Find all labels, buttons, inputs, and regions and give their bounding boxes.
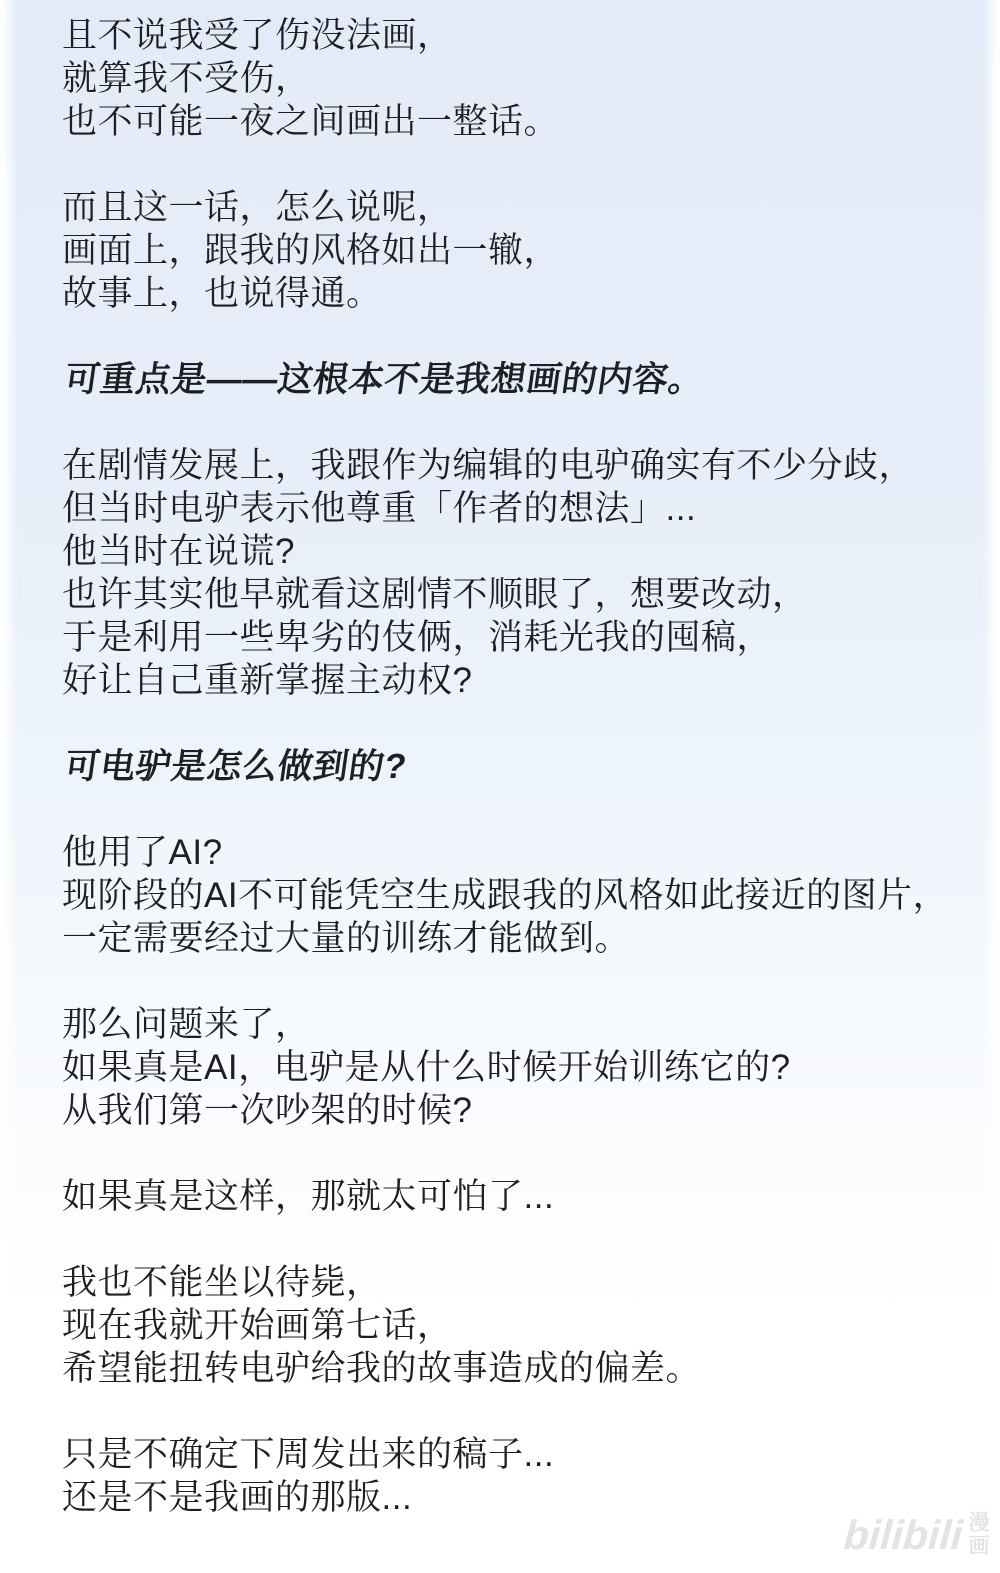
text-line: 如果真是这样，那就太可怕了... bbox=[62, 1175, 980, 1218]
text-line: 我也不能坐以待毙， bbox=[62, 1261, 980, 1304]
text-line: 希望能扭转电驴给我的故事造成的偏差。 bbox=[62, 1347, 980, 1390]
emphasis-heading-2: 可电驴是怎么做到的? bbox=[62, 745, 980, 788]
text-line: 好让自己重新掌握主动权? bbox=[62, 659, 980, 702]
paragraph-10: 只是不确定下周发出来的稿子... 还是不是我画的那版... bbox=[62, 1433, 980, 1519]
text-line: 现阶段的AI不可能凭空生成跟我的风格如此接近的图片， bbox=[62, 874, 980, 917]
text-line: 如果真是AI，电驴是从什么时候开始训练它的? bbox=[62, 1046, 980, 1089]
paragraph-7: 那么问题来了， 如果真是AI，电驴是从什么时候开始训练它的? 从我们第一次吵架的… bbox=[62, 1003, 980, 1132]
bilibili-logo: bilibili bbox=[842, 1515, 963, 1556]
emphasis-heading-1: 可重点是——这根本不是我想画的内容。 bbox=[62, 358, 980, 401]
text-line: 故事上，也说得通。 bbox=[62, 272, 980, 315]
text-line: 那么问题来了， bbox=[62, 1003, 980, 1046]
text-line: 现在我就开始画第七话， bbox=[62, 1304, 980, 1347]
paragraph-8: 如果真是这样，那就太可怕了... bbox=[62, 1175, 980, 1218]
paragraph-9: 我也不能坐以待毙， 现在我就开始画第七话， 希望能扭转电驴给我的故事造成的偏差。 bbox=[62, 1261, 980, 1390]
text-line: 也不可能一夜之间画出一整话。 bbox=[62, 100, 980, 143]
text-line: 一定需要经过大量的训练才能做到。 bbox=[62, 917, 980, 960]
paragraph-1: 且不说我受了伤没法画， 就算我不受伤， 也不可能一夜之间画出一整话。 bbox=[62, 14, 980, 143]
text-line: 只是不确定下周发出来的稿子... bbox=[62, 1433, 980, 1476]
text-line: 也许其实他早就看这剧情不顺眼了，想要改动， bbox=[62, 573, 980, 616]
heading-line: 可重点是——这根本不是我想画的内容。 bbox=[62, 358, 707, 401]
manhua-vertical-label: 漫画 bbox=[967, 1511, 988, 1559]
text-line: 且不说我受了伤没法画， bbox=[62, 14, 980, 57]
text-line: 就算我不受伤， bbox=[62, 57, 980, 100]
text-line: 于是利用一些卑劣的伎俩，消耗光我的囤稿， bbox=[62, 616, 980, 659]
narration-text-block: 且不说我受了伤没法画， 就算我不受伤， 也不可能一夜之间画出一整话。 而且这一话… bbox=[62, 14, 980, 1519]
text-line: 画面上，跟我的风格如出一辙， bbox=[62, 229, 980, 272]
bilibili-manhua-watermark: bilibili 漫画 bbox=[844, 1511, 988, 1559]
right-edge-fade bbox=[982, 0, 1000, 1573]
text-line: 但当时电驴表示他尊重「作者的想法」... bbox=[62, 487, 980, 530]
paragraph-6: 他用了AI? 现阶段的AI不可能凭空生成跟我的风格如此接近的图片， 一定需要经过… bbox=[62, 831, 980, 960]
text-line: 还是不是我画的那版... bbox=[62, 1476, 980, 1519]
text-line: 他用了AI? bbox=[62, 831, 980, 874]
text-line: 他当时在说谎? bbox=[62, 530, 980, 573]
left-edge-fade bbox=[0, 0, 18, 1573]
heading-line: 可电驴是怎么做到的? bbox=[62, 745, 409, 788]
comic-text-page: 且不说我受了伤没法画， 就算我不受伤， 也不可能一夜之间画出一整话。 而且这一话… bbox=[0, 0, 1000, 1573]
paragraph-2: 而且这一话，怎么说呢， 画面上，跟我的风格如出一辙， 故事上，也说得通。 bbox=[62, 186, 980, 315]
text-line: 在剧情发展上，我跟作为编辑的电驴确实有不少分歧， bbox=[62, 444, 980, 487]
text-line: 从我们第一次吵架的时候? bbox=[62, 1089, 980, 1132]
text-line: 而且这一话，怎么说呢， bbox=[62, 186, 980, 229]
paragraph-4: 在剧情发展上，我跟作为编辑的电驴确实有不少分歧， 但当时电驴表示他尊重「作者的想… bbox=[62, 444, 980, 702]
